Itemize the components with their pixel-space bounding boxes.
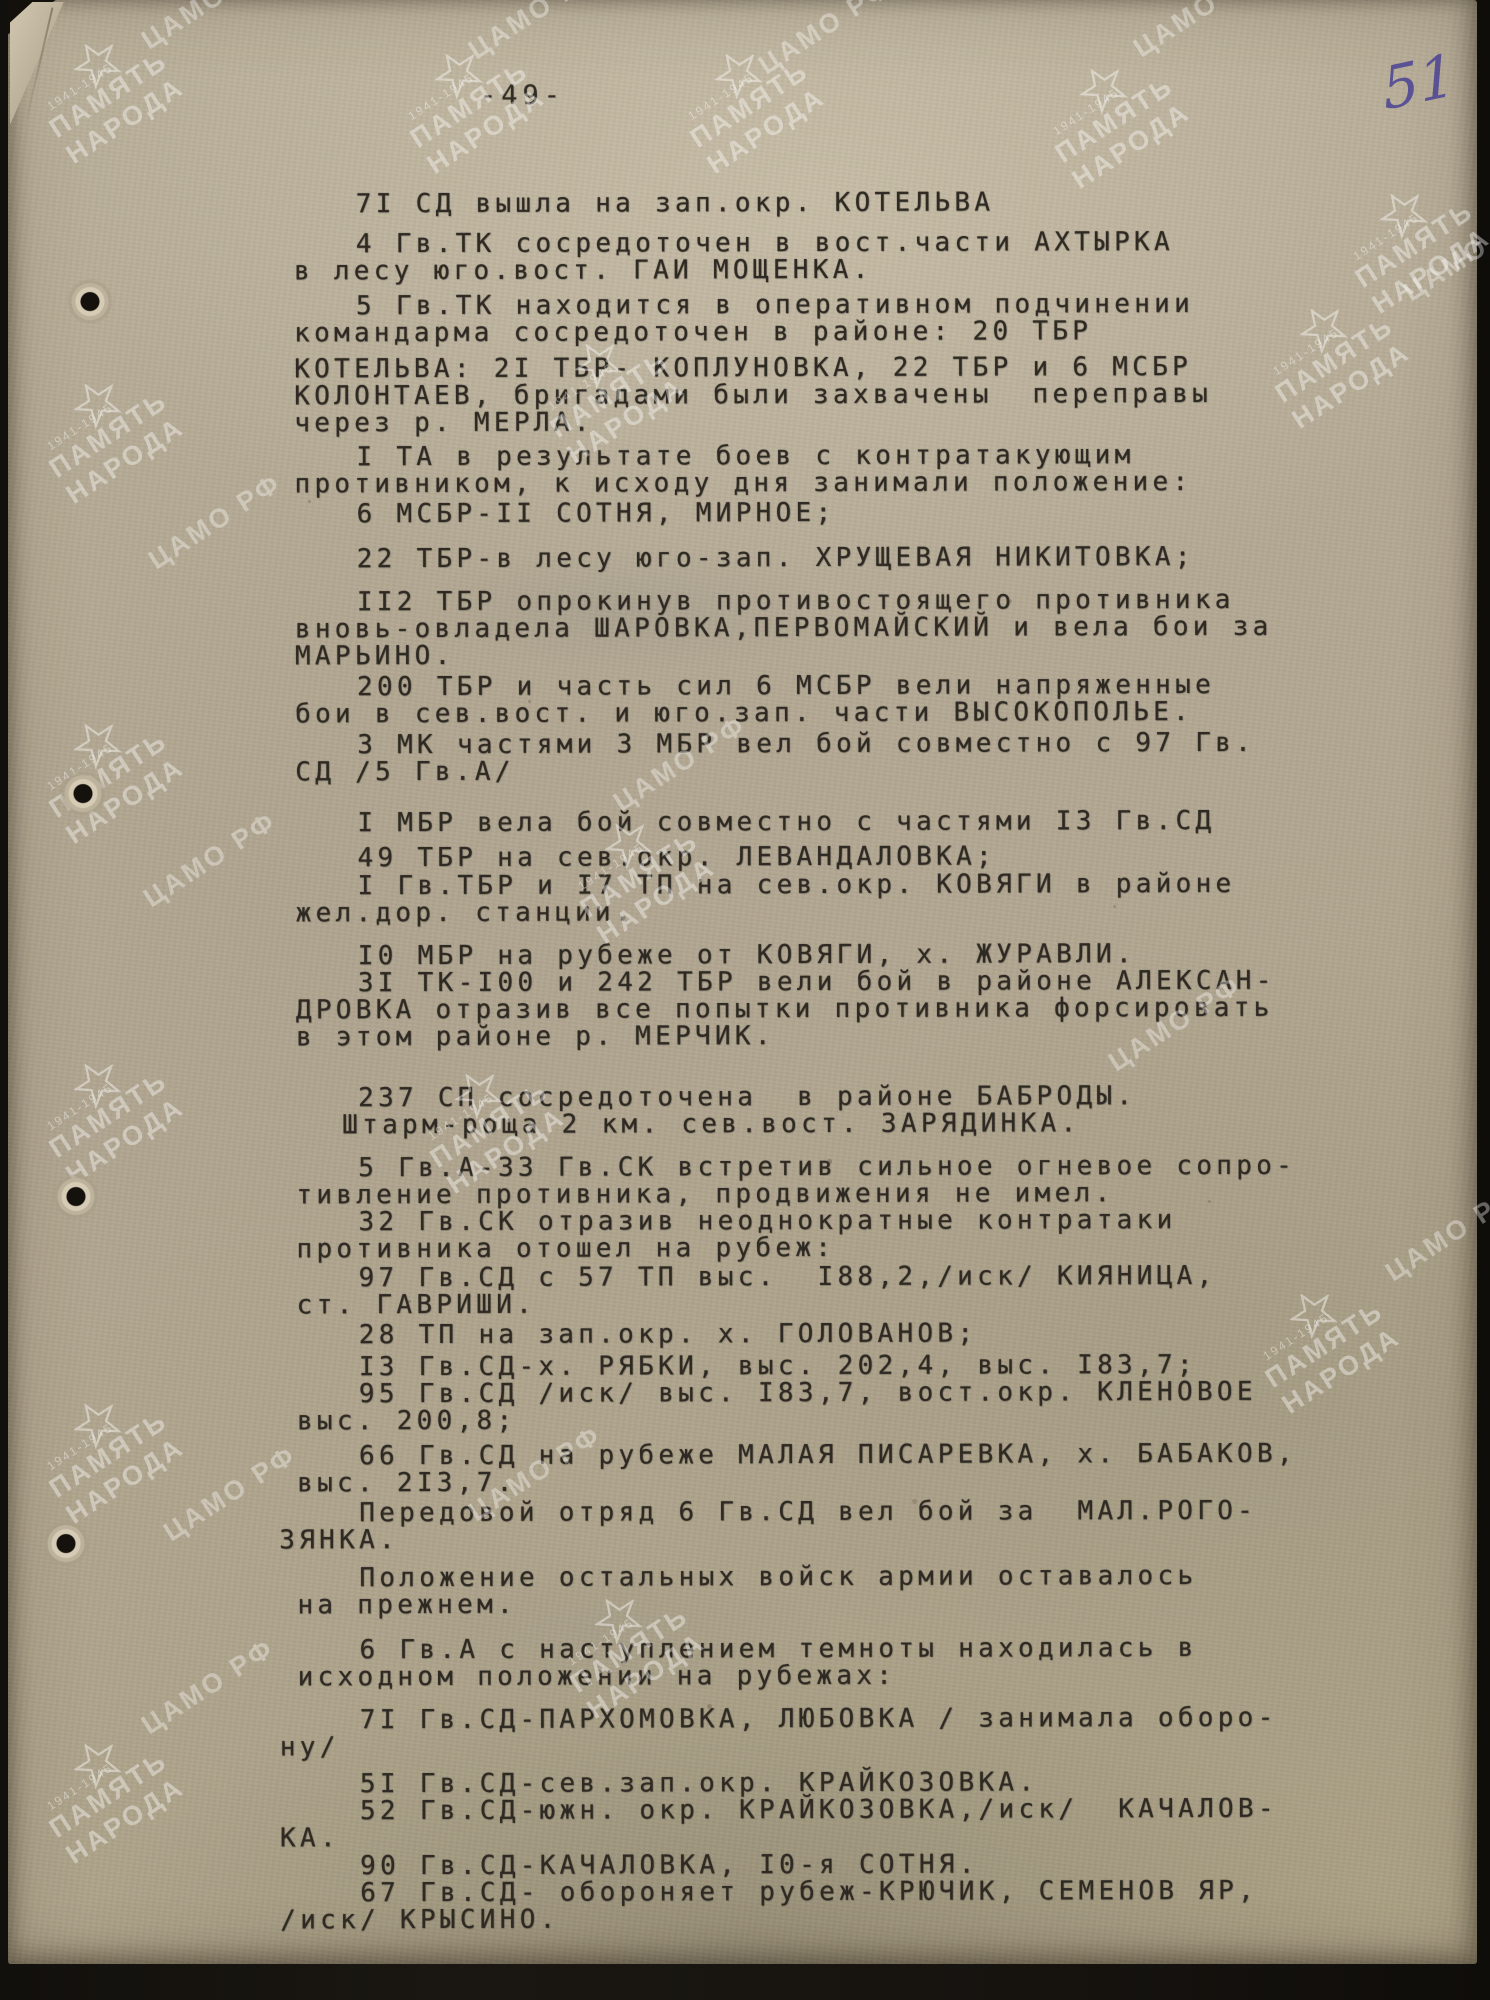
typed-line: жел.дор. станции.	[296, 898, 1326, 928]
watermark-pamyat-naroda: 1941-1945ПАМЯТЬНАРОДА	[1028, 37, 1197, 196]
watermark-years: 1941-1945	[45, 1420, 116, 1473]
watermark-line1: ПАМЯТЬ	[44, 45, 174, 144]
document-scan: 1941-1945ПАМЯТЬНАРОДА1941-1945ПАМЯТЬНАРО…	[0, 0, 1490, 2000]
watermark-years: 1941-1945	[45, 1760, 116, 1813]
typed-line: 7I Гв.СД-ПАРХОМОВКА, ЛЮБОВКА / занимала …	[360, 1705, 1328, 1735]
watermark-pamyat-naroda: 1941-1945ПАМЯТЬНАРОДА	[663, 22, 832, 181]
star-icon	[66, 1392, 129, 1454]
typed-line: КОЛОНТАЕВ, бригадами были захвачены пере…	[294, 381, 1324, 411]
watermark-tsamo-rf: ЦАМО РФ	[138, 805, 282, 914]
watermark-tsamo-rf: ЦАМО РФ	[136, 0, 280, 56]
paragraph: 6 Гв.А с наступлением темноты находилась…	[298, 1635, 1328, 1692]
typed-line: 22 ТБР-в лесу юго-зап. ХРУЩЕВАЯ НИКИТОВК…	[357, 544, 1325, 574]
typed-line: выс. 2I3,7.	[297, 1468, 1327, 1498]
typed-line: ст. ГАВРИШИ.	[297, 1290, 1327, 1320]
watermark-pamyat-naroda: 1941-1945ПАМЯТЬНАРОДА	[22, 1712, 191, 1871]
watermark-pamyat-naroda: 1941-1945ПАМЯТЬНАРОДА	[22, 1032, 191, 1191]
typed-line: 5 Гв.А-33 Гв.СК встретив сильное огневое…	[358, 1153, 1326, 1183]
watermark-line2: НАРОДА	[61, 411, 191, 510]
typed-line: противника отошел на рубеж:	[296, 1234, 1326, 1264]
watermark-years: 1941-1945	[45, 60, 116, 113]
typed-line: 4 Гв.ТК сосредоточен в вост.части АХТЫРК…	[356, 229, 1324, 259]
star-icon	[66, 32, 129, 94]
typed-line: командарма сосредоточен в районе: 20 ТБР	[294, 318, 1324, 348]
star-icon	[66, 712, 129, 774]
paragraph: 95 Гв.СД /иск/ выс. I83,7, вост.окр. КЛЕ…	[297, 1379, 1327, 1436]
typed-line: бои в сев.вост. и юго.зап. части ВЫСОКОП…	[295, 699, 1325, 729]
typed-line: вновь-овладела ШАРОВКА,ПЕРВОМАЙСКИЙ и ве…	[295, 614, 1325, 644]
watermark-line1: ПАМЯТЬ	[1350, 195, 1480, 294]
typed-line: 5 Гв.ТК находится в оперативном подчинен…	[356, 291, 1324, 321]
typed-line: /иск/ КРЫСИНО.	[280, 1905, 1328, 1935]
watermark-line1: ПАМЯТЬ	[44, 385, 174, 484]
punch-hole	[64, 279, 116, 327]
paragraph: 52 Гв.СД-южн. окр. КРАЙКОЗОВКА,/иск/ КАЧ…	[298, 1796, 1328, 1853]
page-number: -49-	[480, 80, 565, 111]
watermark-tsamo-rf: ЦАМО РФ	[1398, 199, 1490, 308]
star-icon	[66, 372, 129, 434]
paragraph: Передовой отряд 6 Гв.СД вел бой за МАЛ.Р…	[297, 1498, 1327, 1555]
paragraph: 3I ТК-I00 и 242 ТБР вели бой в районе АЛ…	[296, 968, 1326, 1052]
paragraph: 28 ТП на зап.окр. х. ГОЛОВАНОВ;	[297, 1320, 1327, 1350]
watermark-line2: НАРОДА	[702, 81, 832, 180]
punch-hole	[50, 1174, 102, 1222]
typed-line: 49 ТБР на сев.окр. ЛЕВАНДАЛОВКА;	[357, 843, 1325, 873]
watermark-tsamo-rf: ЦАМО РФ	[1128, 0, 1272, 64]
typed-line: 28 ТП на зап.окр. х. ГОЛОВАНОВ;	[359, 1320, 1327, 1350]
paragraph: 22 ТБР-в лесу юго-зап. ХРУЩЕВАЯ НИКИТОВК…	[295, 544, 1325, 574]
paragraph: 67 Гв.СД- обороняет рубеж-КРЮЧИК, СЕМЕНО…	[298, 1878, 1328, 1935]
watermark-line1: ПАМЯТЬ	[44, 1065, 174, 1164]
typed-line: 7I СД вышла на зап.окр. КОТЕЛЬВА	[356, 189, 1324, 219]
typed-line: Штарм-роща 2 км. сев.вост. ЗАРЯДИНКА.	[342, 1110, 1326, 1140]
typed-line: в этом районе р. МЕРЧИК.	[296, 1022, 1326, 1052]
watermark-line1: ПАМЯТЬ	[685, 55, 815, 154]
paragraph: 6 МСБР-II СОТНЯ, МИРНОЕ;	[295, 499, 1325, 529]
watermark-line2: НАРОДА	[1367, 221, 1490, 320]
paragraph: I ТА в результате боев с контратакующимп…	[294, 442, 1324, 499]
typed-line: 6 МСБР-II СОТНЯ, МИРНОЕ;	[357, 499, 1325, 529]
typed-line: ну/	[280, 1732, 1328, 1762]
watermark-years: 1941-1945	[1351, 210, 1422, 263]
typed-line: КА.	[280, 1823, 1328, 1853]
paragraph: 3 МК частями 3 МБР вел бой совместно с 9…	[295, 730, 1325, 787]
paragraph: 66 Гв.СД на рубеже МАЛАЯ ПИСАРЕВКА, х. Б…	[297, 1441, 1327, 1498]
watermark-years: 1941-1945	[686, 70, 757, 123]
watermark-pamyat-naroda: 1941-1945ПАМЯТЬНАРОДА	[1328, 162, 1490, 321]
paragraph: 237 СП сосредоточена в районе БАБРОДЫ.	[296, 1083, 1326, 1113]
watermark-tsamo-rf: ЦАМО РФ	[1380, 1179, 1490, 1288]
paragraph: 4 Гв.ТК сосредоточен в вост.части АХТЫРК…	[294, 229, 1324, 286]
watermark-line2: НАРОДА	[61, 71, 191, 170]
watermark-pamyat-naroda: 1941-1945ПАМЯТЬНАРОДА	[22, 1372, 191, 1531]
typed-line: I МБР вела бой совместно с частями I3 Гв…	[357, 808, 1325, 838]
typed-line: 95 Гв.СД /иск/ выс. I83,7, вост.окр. КЛЕ…	[359, 1379, 1327, 1409]
watermark-years: 1941-1945	[45, 400, 116, 453]
typed-line: 52 Гв.СД-южн. окр. КРАЙКОЗОВКА,/иск/ КАЧ…	[360, 1796, 1328, 1826]
punch-hole	[57, 771, 109, 819]
paper-sheet: 1941-1945ПАМЯТЬНАРОДА1941-1945ПАМЯТЬНАРО…	[8, 0, 1477, 1964]
paragraph: Штарм-роща 2 км. сев.вост. ЗАРЯДИНКА.	[296, 1110, 1326, 1140]
typed-line: противником, к исходу дня занимали полож…	[294, 469, 1324, 499]
typed-line: 6 Гв.А с наступлением темноты находилась…	[360, 1635, 1328, 1665]
typed-line: на прежнем.	[297, 1590, 1327, 1620]
punch-hole	[40, 1521, 92, 1569]
paragraph: 7I Гв.СД-ПАРХОМОВКА, ЛЮБОВКА / занимала …	[298, 1705, 1328, 1762]
typed-line: через р. МЕРЛА.	[294, 408, 1324, 438]
typed-line: СД /5 Гв.А/	[295, 757, 1325, 787]
paragraph: 7I СД вышла на зап.окр. КОТЕЛЬВА	[294, 189, 1324, 219]
watermark-line1: ПАМЯТЬ	[1050, 70, 1180, 169]
typed-line: 3 МК частями 3 МБР вел бой совместно с 9…	[357, 730, 1325, 760]
watermark-line2: НАРОДА	[1067, 96, 1197, 195]
paragraph: II2 ТБР опрокинув противостоящего против…	[295, 587, 1325, 671]
watermark-line1: ПАМЯТЬ	[44, 1745, 174, 1844]
star-icon	[66, 1052, 129, 1114]
paragraph: 5 Гв.А-33 Гв.СК встретив сильное огневое…	[296, 1153, 1326, 1210]
watermark-line2: НАРОДА	[61, 1771, 191, 1870]
watermark-line1: ПАМЯТЬ	[44, 1405, 174, 1504]
watermark-line2: НАРОДА	[61, 1431, 191, 1530]
watermark-years: 1941-1945	[1051, 85, 1122, 138]
paragraph: 32 Гв.СК отразив неоднократные контратак…	[296, 1207, 1326, 1264]
watermark-years: 1941-1945	[45, 1080, 116, 1133]
paragraph: 49 ТБР на сев.окр. ЛЕВАНДАЛОВКА;	[295, 843, 1325, 873]
typed-line: I Гв.ТБР и I7 ТП на сев.окр. КОВЯГИ в ра…	[358, 871, 1326, 901]
typed-line: 97 Гв.СД с 57 ТП выс. I88,2,/иск/ КИЯНИЦ…	[359, 1263, 1327, 1293]
paragraph: 5 Гв.ТК находится в оперативном подчинен…	[294, 291, 1324, 348]
watermark-years: 1941-1945	[406, 70, 477, 123]
paragraph: I Гв.ТБР и I7 ТП на сев.окр. КОВЯГИ в ра…	[296, 871, 1326, 928]
typed-line: Положение остальных войск армии оставало…	[359, 1563, 1327, 1593]
star-icon	[707, 42, 770, 104]
watermark-tsamo-rf: ЦАМО РФ	[143, 467, 287, 576]
typed-line: ЗЯНКА.	[279, 1525, 1327, 1555]
watermark-tsamo-rf: ЦАМО РФ	[753, 0, 897, 81]
typed-line: Передовой отряд 6 Гв.СД вел бой за МАЛ.Р…	[359, 1498, 1327, 1528]
star-icon	[1372, 182, 1435, 244]
watermark-tsamo-rf: ЦАМО РФ	[136, 1632, 280, 1741]
star-icon	[66, 1732, 129, 1794]
typed-text-body: 7I СД вышла на зап.окр. КОТЕЛЬВА4 Гв.ТК …	[294, 189, 1329, 1935]
sheet-number-handwritten: 51	[1379, 40, 1458, 123]
watermark-pamyat-naroda: 1941-1945ПАМЯТЬНАРОДА	[22, 352, 191, 511]
typed-line: 237 СП сосредоточена в районе БАБРОДЫ.	[358, 1083, 1326, 1113]
typed-line: 32 Гв.СК отразив неоднократные контратак…	[358, 1207, 1326, 1237]
paragraph: I МБР вела бой совместно с частями I3 Гв…	[295, 808, 1325, 838]
paragraph: 97 Гв.СД с 57 ТП выс. I88,2,/иск/ КИЯНИЦ…	[297, 1263, 1327, 1320]
typed-line: исходном положении на рубежах:	[298, 1662, 1328, 1692]
typed-line: МАРЬИНО.	[295, 641, 1325, 671]
paragraph: Положение остальных войск армии оставало…	[297, 1563, 1327, 1620]
typed-line: выс. 200,8;	[297, 1406, 1327, 1436]
watermark-tsamo-rf: ЦАМО РФ	[463, 0, 607, 66]
paragraph: 200 ТБР и часть сил 6 МСБР вели напряжен…	[295, 672, 1325, 729]
typed-line: ДРОВКА отразив все попытки противника фо…	[296, 995, 1326, 1025]
typed-line: 66 Гв.СД на рубеже МАЛАЯ ПИСАРЕВКА, х. Б…	[359, 1441, 1327, 1471]
typed-line: 67 Гв.СД- обороняет рубеж-КРЮЧИК, СЕМЕНО…	[360, 1878, 1328, 1908]
star-icon	[1072, 57, 1135, 119]
paragraph: КОТЕЛЬВА: 2I ТБР- КОПЛУНОВКА, 22 ТБР и 6…	[294, 354, 1324, 438]
typed-line: в лесу юго.вост. ГАИ МОЩЕНКА.	[294, 256, 1324, 286]
